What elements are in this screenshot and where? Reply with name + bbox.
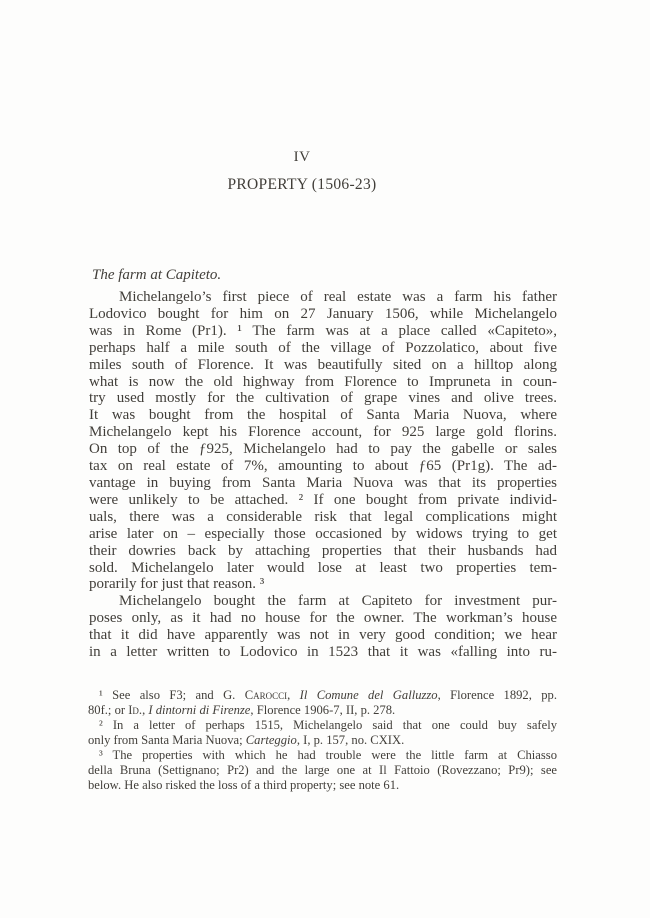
body-line: that it did have apparently was not in v…: [89, 627, 557, 644]
footnote-line: only from Santa Maria Nuova; Carteggio, …: [88, 733, 557, 748]
body-line: arise later on – especially those occasi…: [89, 526, 557, 543]
body-line: It was bought from the hospital of Santa…: [89, 407, 557, 424]
book-page: IV PROPERTY (1506-23) The farm at Capite…: [0, 0, 650, 918]
body-line: what is now the old highway from Florenc…: [89, 374, 557, 391]
chapter-heading: IV PROPERTY (1506-23): [68, 149, 536, 193]
body-line: in a letter written to Lodovico in 1523 …: [89, 644, 557, 661]
body-line: uals, there was a considerable risk that…: [89, 509, 557, 526]
footnote-line: della Bruna (Settignano; Pr2) and the la…: [88, 763, 557, 778]
chapter-title: PROPERTY (1506-23): [68, 176, 536, 193]
body-line: Michelangelo’s first piece of real estat…: [89, 289, 557, 306]
body-line: Lodovico bought for him on 27 January 15…: [89, 306, 557, 323]
body-line: sold. Michelangelo later would lose at l…: [89, 560, 557, 577]
footnote-line: below. He also risked the loss of a thir…: [88, 778, 557, 793]
section-heading: The farm at Capiteto.: [92, 267, 221, 284]
body-line: were unlikely to be attached. ² If one b…: [89, 492, 557, 509]
footnotes-block: ¹ See also F3; and G. Carocci, Il Comune…: [88, 688, 557, 793]
body-line: their dowries back by attaching properti…: [89, 543, 557, 560]
body-line: porarily for just that reason. ³: [89, 576, 557, 593]
body-line: Michelangelo bought the farm at Capiteto…: [89, 593, 557, 610]
body-line: was in Rome (Pr1). ¹ The farm was at a p…: [89, 323, 557, 340]
body-line: perhaps half a mile south of the village…: [89, 340, 557, 357]
body-line: vantage in buying from Santa Maria Nuova…: [89, 475, 557, 492]
body-line: tax on real estate of 7%, amounting to a…: [89, 458, 557, 475]
body-line: poses only, as it had no house for the o…: [89, 610, 557, 627]
footnote-line: ³ The properties with which he had troub…: [88, 748, 557, 763]
body-line: try used mostly for the cultivation of g…: [89, 390, 557, 407]
body-line: Michelangelo kept his Florence account, …: [89, 424, 557, 441]
footnote-line: ² In a letter of perhaps 1515, Michelang…: [88, 718, 557, 733]
body-line: On top of the ƒ925, Michelangelo had to …: [89, 441, 557, 458]
body-line: miles south of Florence. It was beautifu…: [89, 357, 557, 374]
footnote-line: ¹ See also F3; and G. Carocci, Il Comune…: [88, 688, 557, 703]
page-body-text: Michelangelo’s first piece of real estat…: [89, 289, 557, 661]
chapter-number: IV: [68, 149, 536, 166]
footnote-line: 80f.; or Id., I dintorni di Firenze, Flo…: [88, 703, 557, 718]
